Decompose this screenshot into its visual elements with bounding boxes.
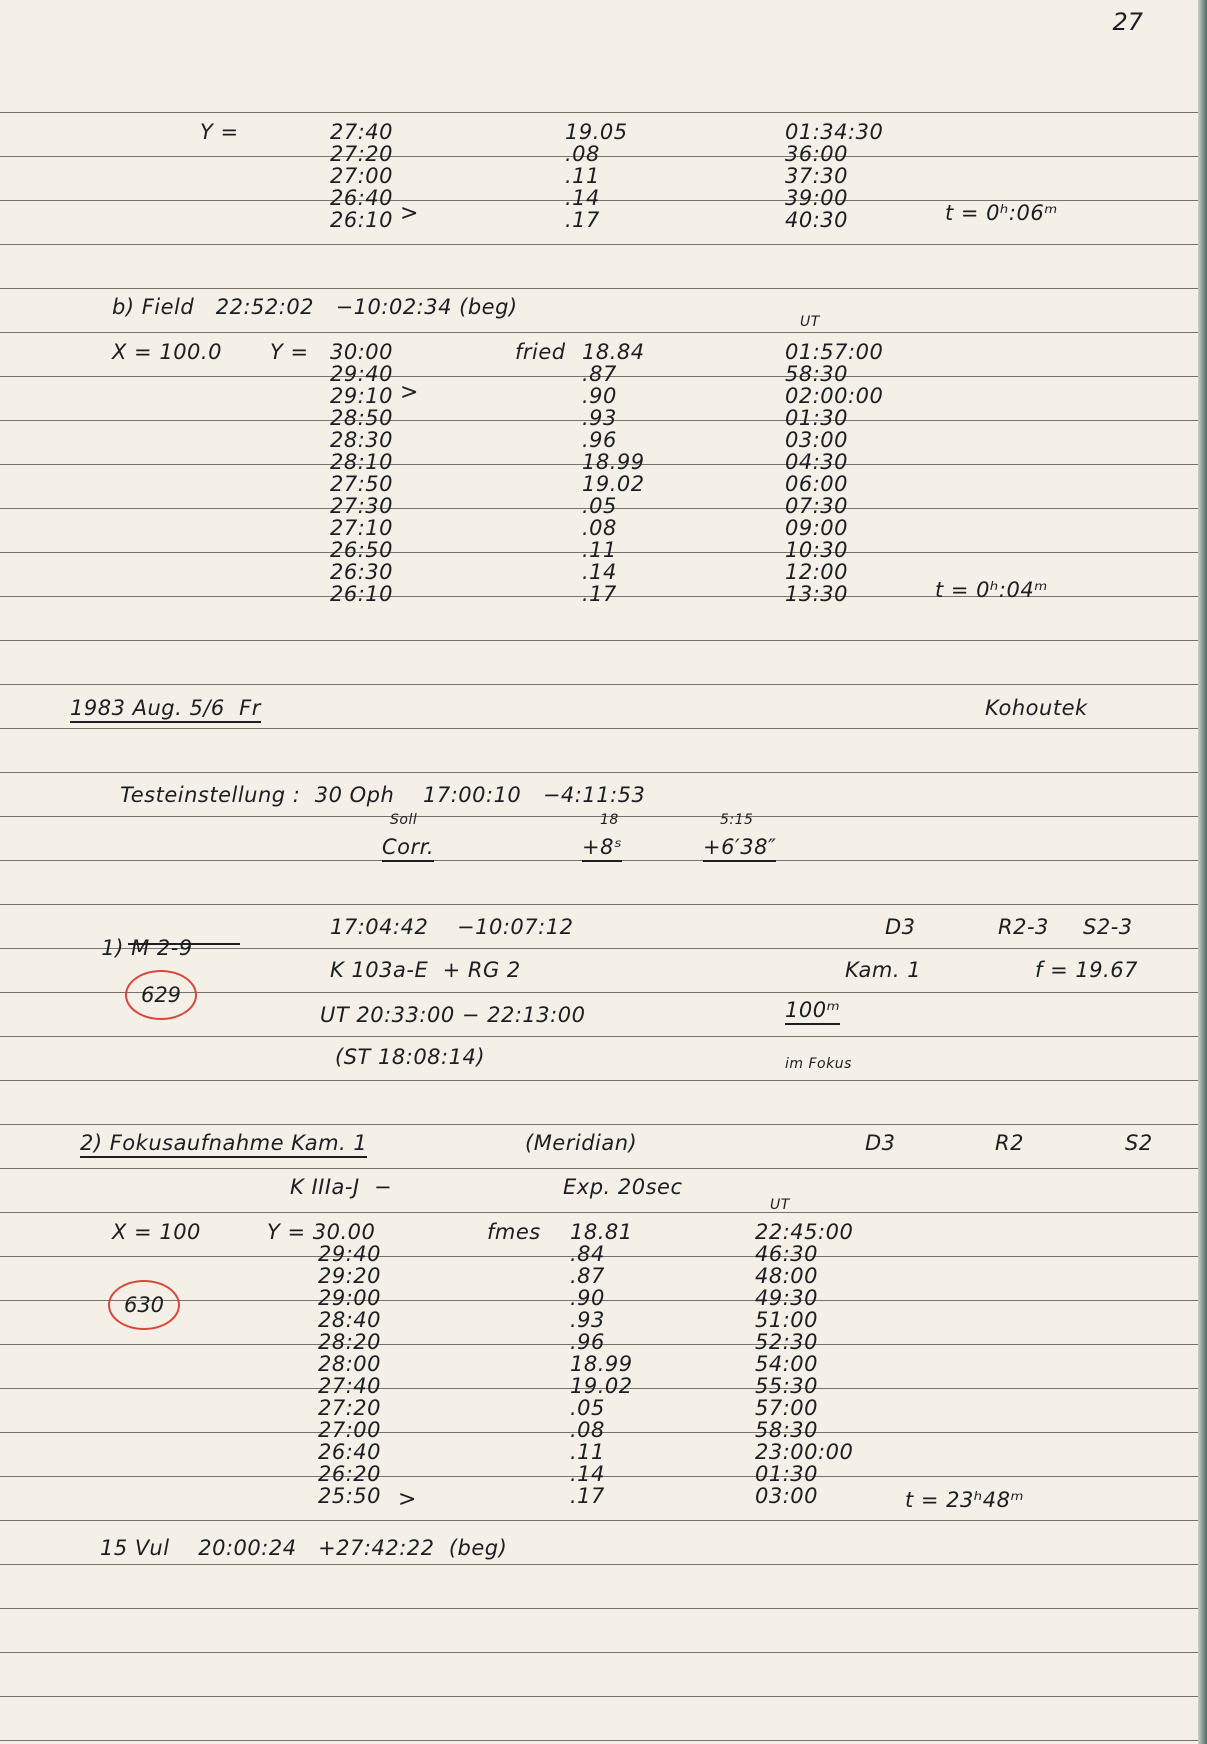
obs1-title: 1) M 2-9 (87, 917, 193, 959)
cell-ut: 57:00 (755, 1398, 818, 1419)
bracket-mark: > (400, 201, 418, 226)
cell-f: 19.02 (570, 1376, 633, 1397)
cell-y: 27:00 (318, 1420, 381, 1441)
cell-y: 28:50 (330, 408, 393, 429)
obs2-meridian: (Meridian) (525, 1133, 637, 1154)
cell-ut: 55:30 (755, 1376, 818, 1397)
cell-f: .96 (582, 430, 617, 451)
cell-f: .14 (570, 1464, 605, 1485)
plate-number-630: 630 (108, 1280, 180, 1330)
cell-ut: 07:30 (785, 496, 848, 517)
ruled-line (0, 1124, 1198, 1125)
cell-y: 27:40 (330, 122, 393, 143)
obs1-r: R2-3 (998, 917, 1049, 938)
obs2-d: D3 (865, 1133, 896, 1154)
cell-y: 27:50 (330, 474, 393, 495)
y-label: Y = 30.00 (267, 1222, 375, 1243)
cell-y: 26:50 (330, 540, 393, 561)
cell-f: .08 (582, 518, 617, 539)
cell-ut: 12:00 (785, 562, 848, 583)
ruled-line (0, 1740, 1198, 1741)
cell-y: 28:10 (330, 452, 393, 473)
obs1-ut-range: UT 20:33:00 − 22:13:00 (320, 1005, 585, 1026)
obs1-note: im Fokus (785, 1057, 852, 1071)
test-setting-line: Testeinstellung : 30 Oph 17:00:10 −4:11:… (120, 785, 645, 806)
cell-ut: 09:00 (785, 518, 848, 539)
obs1-d: D3 (885, 917, 916, 938)
ruled-line (0, 1696, 1198, 1697)
cell-ut: 01:30 (755, 1464, 818, 1485)
cell-f: .90 (582, 386, 617, 407)
cell-f: 18.81 (570, 1222, 633, 1243)
cell-f: 18.99 (570, 1354, 633, 1375)
bracket-mark: > (400, 380, 418, 405)
obs1-camera: Kam. 1 (845, 960, 921, 981)
cell-ut: 46:30 (755, 1244, 818, 1265)
ruled-line (0, 288, 1198, 289)
obs1-title-text: 1) M 2-9 (101, 936, 192, 960)
cell-ut: 10:30 (785, 540, 848, 561)
corr-ra: +8ˢ (582, 837, 622, 862)
cell-f: 19.02 (582, 474, 645, 495)
cell-y: 29:40 (330, 364, 393, 385)
focus-result: t = 23ʰ48ᵐ (905, 1490, 1024, 1511)
ruled-line (0, 640, 1198, 641)
cell-ut: 52:30 (755, 1332, 818, 1353)
plate-number-629: 629 (125, 970, 197, 1020)
ruled-line (0, 1652, 1198, 1653)
cell-y: 26:40 (318, 1442, 381, 1463)
focus-result: t = 0ʰ:06ᵐ (945, 203, 1058, 224)
cell-ut: 06:00 (785, 474, 848, 495)
ruled-line (0, 728, 1198, 729)
x-label: X = 100 (112, 1222, 201, 1243)
page-number: 27 (1112, 8, 1143, 36)
cell-y: 25:50 (318, 1486, 381, 1507)
obs1-underline (128, 943, 240, 945)
ruled-line (0, 684, 1198, 685)
obs1-sidereal-time: (ST 18:08:14) (335, 1047, 485, 1068)
ruled-line (0, 816, 1198, 817)
cell-f: .90 (570, 1288, 605, 1309)
cell-f: .05 (582, 496, 617, 517)
observer-name: Kohoutek (985, 698, 1088, 719)
cell-y: 27:40 (318, 1376, 381, 1397)
section-b-header: b) Field 22:52:02 −10:02:34 (beg) (112, 297, 518, 318)
y-label: Y = (200, 122, 239, 143)
ruled-line (0, 1036, 1198, 1037)
cell-y: 29:20 (318, 1266, 381, 1287)
ruled-line (0, 904, 1198, 905)
cell-y: 27:20 (318, 1398, 381, 1419)
cell-y: 26:10 (330, 210, 393, 231)
cell-ut: 49:30 (755, 1288, 818, 1309)
ruled-line (0, 332, 1198, 333)
cell-y: 29:10 (330, 386, 393, 407)
ruled-line (0, 1212, 1198, 1213)
cell-f: .84 (570, 1244, 605, 1265)
cell-y: 27:30 (330, 496, 393, 517)
cell-y: 28:00 (318, 1354, 381, 1375)
cell-y: 28:40 (318, 1310, 381, 1331)
footer-target-line: 15 Vul 20:00:24 +27:42:22 (beg) (100, 1538, 507, 1559)
obs2-s: S2 (1125, 1133, 1153, 1154)
soll-ra: 18 (600, 813, 619, 827)
cell-ut: 01:34:30 (785, 122, 883, 143)
obs1-emulsion: K 103a-E + RG 2 (330, 960, 521, 981)
corr-dec: +6′38″ (703, 837, 776, 862)
soll-label: Soll (390, 813, 417, 827)
ruled-line (0, 772, 1198, 773)
cell-f: .93 (582, 408, 617, 429)
cell-ut: 48:00 (755, 1266, 818, 1287)
corr-label: Corr. (382, 837, 434, 862)
cell-y: 26:10 (330, 584, 393, 605)
f-label: fried (515, 342, 566, 363)
cell-ut: 58:30 (785, 364, 848, 385)
cell-f: .17 (582, 584, 617, 605)
obs2-exposure: Exp. 20sec (563, 1177, 683, 1198)
cell-ut: 54:00 (755, 1354, 818, 1375)
cell-ut: 58:30 (755, 1420, 818, 1441)
cell-f: .87 (570, 1266, 605, 1287)
cell-f: .14 (565, 188, 600, 209)
cell-ut: 03:00 (755, 1486, 818, 1507)
ruled-line (0, 112, 1198, 113)
cell-y: 28:20 (318, 1332, 381, 1353)
cell-f: .11 (565, 166, 600, 187)
cell-f: 19.05 (565, 122, 628, 143)
cell-f: .08 (565, 144, 600, 165)
page-edge (1198, 0, 1207, 1744)
cell-f: 18.84 (582, 342, 645, 363)
cell-ut: 01:30 (785, 408, 848, 429)
y-label: Y = (270, 342, 309, 363)
cell-y: 26:20 (318, 1464, 381, 1485)
obs2-r: R2 (995, 1133, 1024, 1154)
ruled-line (0, 1608, 1198, 1609)
cell-y: 27:00 (330, 166, 393, 187)
cell-ut: 13:30 (785, 584, 848, 605)
cell-y: 29:00 (318, 1288, 381, 1309)
ruled-line (0, 1564, 1198, 1565)
cell-y: 28:30 (330, 430, 393, 451)
cell-y: 27:20 (330, 144, 393, 165)
cell-f: .17 (570, 1486, 605, 1507)
obs1-focus: f = 19.67 (1035, 960, 1138, 981)
cell-f: .87 (582, 364, 617, 385)
ruled-line (0, 244, 1198, 245)
cell-ut: 51:00 (755, 1310, 818, 1331)
cell-ut: 23:00:00 (755, 1442, 853, 1463)
cell-y: 26:30 (330, 562, 393, 583)
ruled-line (0, 1168, 1198, 1169)
cell-ut: 04:30 (785, 452, 848, 473)
ut-label: UT (800, 315, 820, 329)
obs2-emulsion: K IIIa-J − (290, 1177, 392, 1198)
cell-f: .11 (582, 540, 617, 561)
cell-ut: 01:57:00 (785, 342, 883, 363)
ruled-line (0, 1520, 1198, 1521)
cell-ut: 39:00 (785, 188, 848, 209)
cell-f: .14 (582, 562, 617, 583)
cell-f: .05 (570, 1398, 605, 1419)
x-label: X = 100.0 (112, 342, 222, 363)
cell-y: 29:40 (318, 1244, 381, 1265)
f-label: fmes (487, 1222, 541, 1243)
cell-f: .11 (570, 1442, 605, 1463)
obs2-title: 2) Fokusaufnahme Kam. 1 (80, 1133, 367, 1158)
cell-ut: 40:30 (785, 210, 848, 231)
soll-dec: 5:15 (720, 813, 753, 827)
cell-f: .96 (570, 1332, 605, 1353)
cell-f: .93 (570, 1310, 605, 1331)
cell-f: .17 (565, 210, 600, 231)
bracket-mark: > (398, 1487, 416, 1512)
cell-ut: 37:30 (785, 166, 848, 187)
ut-label: UT (770, 1198, 790, 1212)
cell-y: 27:10 (330, 518, 393, 539)
focus-result: t = 0ʰ:04ᵐ (935, 580, 1048, 601)
obs1-s: S2-3 (1083, 917, 1133, 938)
night-date: 1983 Aug. 5/6 Fr (70, 698, 261, 723)
cell-f: .08 (570, 1420, 605, 1441)
cell-ut: 36:00 (785, 144, 848, 165)
cell-y: 30:00 (330, 342, 393, 363)
cell-f: 18.99 (582, 452, 645, 473)
cell-y: 26:40 (330, 188, 393, 209)
cell-ut: 22:45:00 (755, 1222, 853, 1243)
obs1-coords: 17:04:42 −10:07:12 (330, 917, 573, 938)
ruled-line (0, 1080, 1198, 1081)
obs1-exposure: 100ᵐ (785, 1000, 840, 1025)
cell-ut: 03:00 (785, 430, 848, 451)
cell-ut: 02:00:00 (785, 386, 883, 407)
